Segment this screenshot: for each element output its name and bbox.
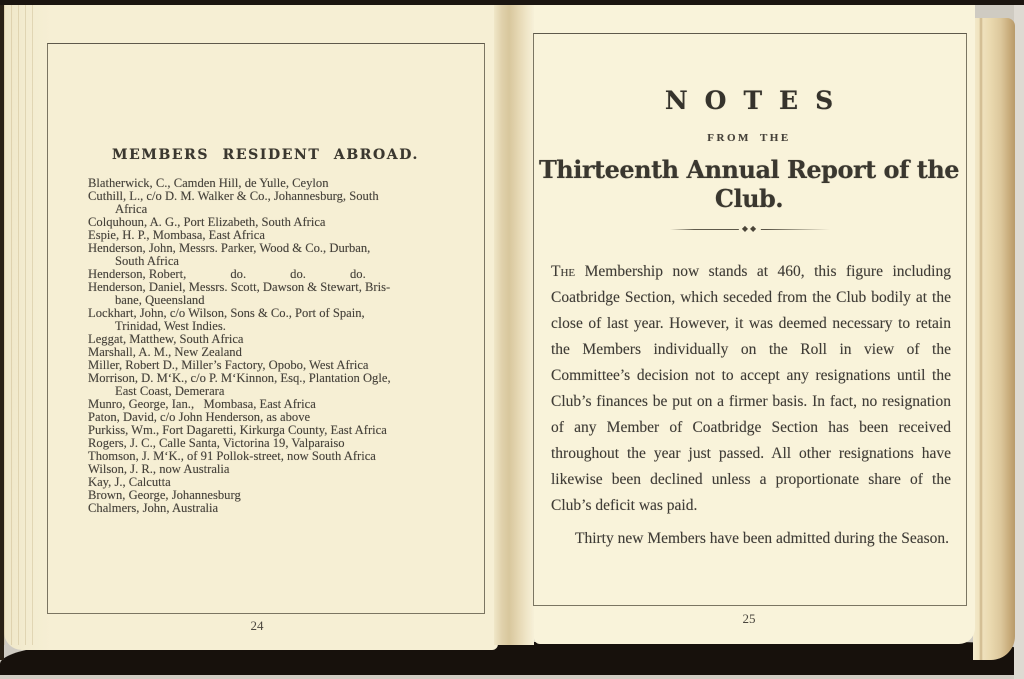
- member-entry: Morrison, D. M‘K., c/o P. M‘Kinnon, Esq.…: [88, 372, 480, 398]
- page-stack-left-edge: [4, 5, 34, 645]
- paragraph-text: Membership now stands at 460, this figur…: [551, 263, 951, 514]
- member-entry: Lockhart, John, c/o Wilson, Sons & Co., …: [88, 307, 480, 333]
- paragraph-text: Thirty new Members have been admitted du…: [575, 530, 949, 547]
- report-body: The Membership now stands at 460, this f…: [551, 259, 951, 552]
- book-top-edge: [0, 0, 1024, 5]
- annual-report-title: Thirteenth Annual Report of the Club.: [533, 155, 965, 213]
- members-abroad-heading: MEMBERS RESIDENT ABROAD.: [48, 147, 483, 163]
- section-divider: ◆◆: [670, 224, 830, 234]
- page-number-left: 24: [47, 618, 467, 634]
- members-list: Blatherwick, C., Camden Hill, de Yulle, …: [88, 177, 480, 515]
- book-gutter-shadow: [494, 5, 534, 645]
- notes-title: NOTES: [533, 86, 965, 115]
- page-stack-right-edge: [973, 18, 1015, 660]
- page-number-right: 25: [533, 611, 965, 627]
- scan-right-strip: [1014, 0, 1024, 679]
- report-paragraph: Thirty new Members have been admitted du…: [551, 526, 951, 552]
- paragraph-lead-word: The: [551, 263, 575, 280]
- book-spread-scan: MEMBERS RESIDENT ABROAD. Blatherwick, C.…: [0, 0, 1024, 679]
- member-entry: Henderson, Daniel, Messrs. Scott, Dawson…: [88, 281, 480, 307]
- divider-ornament: ◆◆: [739, 224, 761, 233]
- member-entry: Cuthill, L., c/o D. M. Walker & Co., Joh…: [88, 190, 480, 216]
- report-paragraph: The Membership now stands at 460, this f…: [551, 259, 951, 519]
- member-entry: Chalmers, John, Australia: [88, 502, 480, 515]
- scan-bottom-strip: [0, 675, 1024, 679]
- member-entry: Henderson, John, Messrs. Parker, Wood & …: [88, 242, 480, 268]
- from-the-kicker: FROM THE: [533, 132, 965, 144]
- member-line: Chalmers, John, Australia: [88, 502, 480, 515]
